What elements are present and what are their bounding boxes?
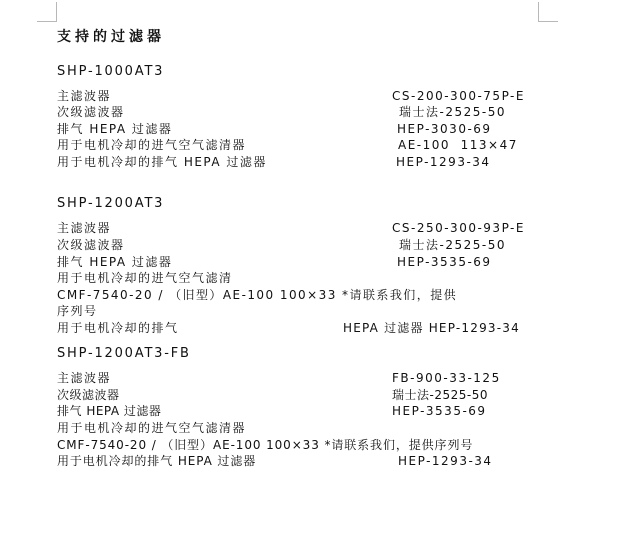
- filter-label: 次级滤波器: [57, 237, 125, 253]
- filter-value: HEP-3030-69: [397, 121, 492, 137]
- section-model-heading: SHP-1200AT3: [57, 195, 164, 213]
- section-model-heading: SHP-1000AT3: [57, 63, 164, 81]
- filter-label: CMF-7540-20 / （旧型）AE-100 100×33 *请联系我们，提…: [57, 437, 473, 453]
- crop-mark-right-vertical: [538, 2, 539, 22]
- filter-value: HEPA 过滤器 HEP-1293-34: [343, 320, 520, 336]
- filter-label: CMF-7540-20 / （旧型）AE-100 100×33 *请联系我们，提…: [57, 287, 457, 303]
- filter-label: 排气 HEPA 过滤器: [57, 121, 172, 137]
- filter-label: 用于电机冷却的进气空气滤清器: [57, 420, 246, 436]
- filter-label: 次级滤波器: [57, 387, 120, 403]
- filter-value: HEP-1293-34: [396, 154, 491, 170]
- filter-value: AE-100 113×47: [398, 137, 518, 153]
- page-title: 支持的过滤器: [57, 28, 165, 46]
- crop-mark-right-horizontal: [538, 21, 558, 22]
- filter-value: CS-200-300-75P-E: [392, 88, 525, 104]
- filter-value: HEP-3535-69: [392, 403, 487, 419]
- filter-value: 瑞士法-2525-50: [399, 237, 506, 253]
- filter-label: 排气 HEPA 过滤器: [57, 254, 172, 270]
- filter-label: 主滤波器: [57, 220, 111, 236]
- filter-label: 排气 HEPA 过滤器: [57, 403, 161, 419]
- filter-label: 主滤波器: [57, 370, 111, 386]
- filter-label: 用于电机冷却的进气空气滤清器: [57, 137, 246, 153]
- filter-label: 次级滤波器: [57, 104, 125, 120]
- crop-mark-left-vertical: [56, 2, 57, 22]
- filter-label: 主滤波器: [57, 88, 111, 104]
- crop-mark-left-horizontal: [37, 21, 57, 22]
- filter-value: FB-900-33-125: [392, 370, 501, 386]
- filter-value: HEP-3535-69: [397, 254, 492, 270]
- filter-label: 用于电机冷却的排气 HEPA 过滤器: [57, 453, 256, 469]
- filter-label: 用于电机冷却的进气空气滤清: [57, 270, 233, 286]
- filter-value: 瑞士法-2525-50: [399, 104, 506, 120]
- filter-label: 用于电机冷却的排气: [57, 320, 179, 336]
- filter-value: 瑞士法-2525-50: [392, 387, 488, 403]
- filter-value: HEP-1293-34: [398, 453, 493, 469]
- filter-value: CS-250-300-93P-E: [392, 220, 525, 236]
- filter-label: 用于电机冷却的排气 HEPA 过滤器: [57, 154, 267, 170]
- filter-label: 序列号: [57, 303, 98, 319]
- section-model-heading: SHP-1200AT3-FB: [57, 345, 191, 363]
